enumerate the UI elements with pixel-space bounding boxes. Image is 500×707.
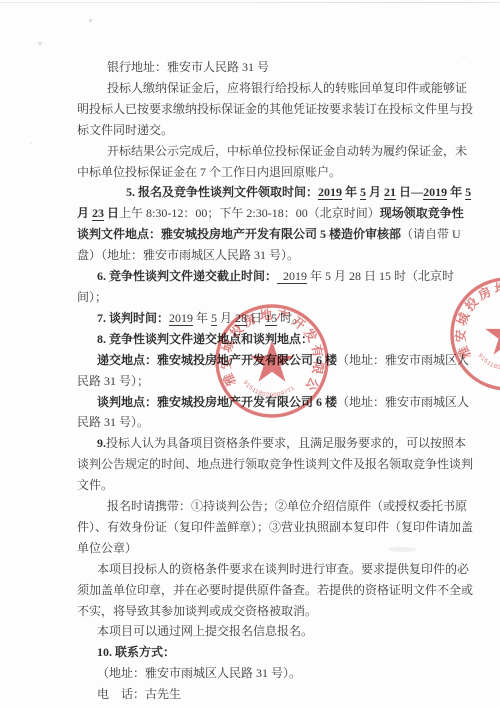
svg-text:915118029009771: 915118029009771 — [476, 353, 500, 372]
svg-text:雅安城投房地产开发有限公司: 雅安城投房地产开发有限公司 — [212, 301, 326, 395]
text-run: 本项目可以通过网上提交报名信息报名。 — [97, 624, 313, 638]
scan-speck — [38, 42, 42, 45]
paragraph: 投标人缴纳保证金后，应将银行给投标人的转账回单复印件或能够证明投标人已按要求缴纳… — [77, 78, 474, 141]
text-run: 日 — [104, 206, 119, 220]
official-seal-center: 雅安城投房地产开发有限公司 915118029009771 — [212, 301, 332, 421]
paragraph: 报名时请携带：①持谈判公告；②单位介绍信原件（或授权委托书原件）、有效身份证（复… — [77, 496, 474, 559]
text-run: 7. 谈判时间： — [97, 311, 169, 325]
text-run: 23 — [92, 206, 104, 220]
text-run: 投标人认为具备项目资格条件要求，且满足服务要求的，可以按照本谈判公告规定的时间、… — [77, 436, 473, 492]
scanned-document-page: 银行地址：雅安市人民路 31 号投标人缴纳保证金后，应将银行给投标人的转账回单复… — [0, 0, 500, 707]
text-run: 5. 报名及竞争性谈判文件领取时间： — [126, 185, 318, 199]
text-run: 电 话：古先生 — [97, 687, 181, 701]
text-run: 2019 — [169, 311, 193, 325]
seal-code-text: 915118029009771 — [241, 380, 296, 399]
svg-text:915118029009771: 915118029009771 — [241, 380, 296, 399]
seal-star-icon — [250, 340, 294, 382]
seal-company-text: 雅安城投房地产开发有限公司 — [212, 301, 326, 395]
text-run: 9. — [97, 436, 106, 450]
paragraph: 本项目投标人的资格条件要求在谈判时进行审查。要求提供复印件的必须加盖单位印章，并… — [77, 559, 474, 622]
paragraph: 电 话：古先生 — [77, 684, 474, 705]
text-run: 2019 — [283, 269, 307, 283]
seal-star-icon — [485, 313, 500, 355]
text-run: 年 — [447, 185, 465, 199]
official-seal-right: 雅安城投房地产开发有限公司 915118029009771 — [447, 274, 500, 394]
text-run: 开标结果公示完成后，中标单位投标保证金自动转为履约保证金，未中标单位投标保证金在… — [77, 144, 467, 179]
paragraph: 9.投标人认为具备项目资格条件要求，且满足服务要求的，可以按照本谈判公告规定的时… — [77, 433, 474, 496]
text-run: 10. 联系方式： — [97, 645, 175, 659]
paragraph: 5. 报名及竞争性谈判文件领取时间：2019 年 5 月 21 日—2019 年… — [77, 182, 474, 266]
text-run: 年 — [342, 185, 360, 199]
scan-artifact-line — [0, 2, 500, 3]
text-run: 21 — [384, 185, 396, 199]
text-run: 月 — [366, 185, 384, 199]
text-run: 本项目投标人的资格条件要求在谈判时进行审查。要求提供复印件的必须加盖单位印章，并… — [77, 562, 473, 618]
paragraph: 10. 联系方式： — [77, 642, 474, 663]
text-run: （地址：雅安市雨城区人民路 31 号）。 — [97, 666, 301, 680]
text-run: 年 — [193, 311, 211, 325]
scan-speck — [89, 19, 92, 22]
paragraph: 开标结果公示完成后，中标单位投标保证金自动转为履约保证金，未中标单位投标保证金在… — [77, 141, 474, 183]
text-run: 银行地址：雅安市人民路 31 号 — [107, 60, 269, 74]
seal-code-text: 915118029009771 — [476, 353, 500, 372]
text-run: 2019 — [318, 185, 342, 199]
text-run: 日— — [396, 185, 423, 199]
text-run: 报名时请携带：①持谈判公告；②单位介绍信原件（或授权委托书原件）、有效身份证（复… — [77, 499, 473, 555]
paragraph: （地址：雅安市雨城区人民路 31 号）。 — [77, 663, 474, 684]
paragraph: 本项目可以通过网上提交报名信息报名。 — [77, 621, 474, 642]
text-run: 6. 竞争性谈判文件递交截止时间： — [97, 269, 277, 283]
text-run: 上午 8:30-12：00；下午 2:30-18：00（北京时间） — [119, 206, 380, 220]
text-run: 2019 — [423, 185, 447, 199]
paragraph: 银行地址：雅安市人民路 31 号 — [77, 57, 474, 78]
text-run: 投标人缴纳保证金后，应将银行给投标人的转账回单复印件或能够证明投标人已按要求缴纳… — [77, 81, 473, 137]
